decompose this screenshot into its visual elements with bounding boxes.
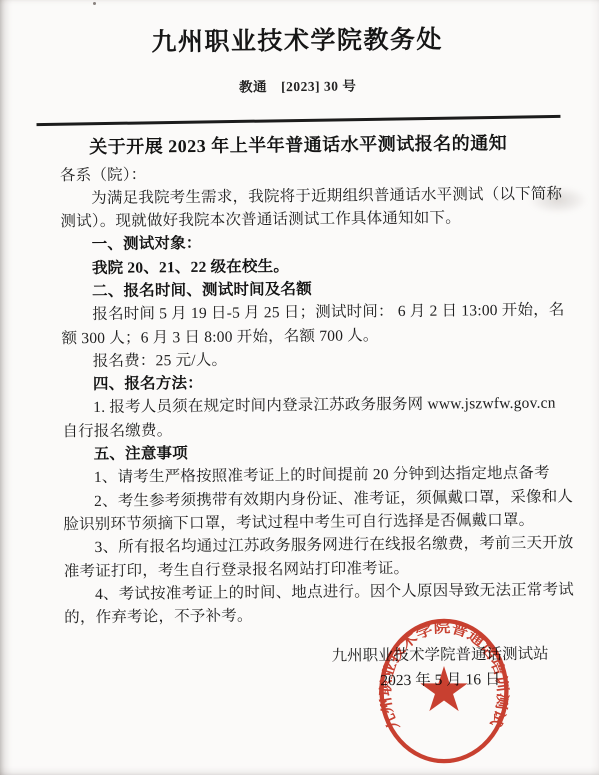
seal-star-icon — [420, 666, 467, 711]
letterhead-title: 九州职业技术学院教务处 — [0, 18, 597, 60]
seal-ring-text: 九州职业技术学院普通话培训测试站 — [372, 612, 511, 733]
letterhead-divider — [36, 115, 560, 126]
paragraph-registration-method: 1. 报考人员须在规定时间内登录江苏政务服务网 www.jszwfw.gov.c… — [62, 392, 574, 444]
svg-text:九州职业技术学院普通话培训测试站: 九州职业技术学院普通话培训测试站 — [372, 612, 511, 733]
scanned-document-page: 九州职业技术学院教务处 教通 [2023] 30 号 关于开展 2023 年上半… — [0, 0, 599, 775]
document-content: 九州职业技术学院教务处 教通 [2023] 30 号 关于开展 2023 年上半… — [0, 0, 599, 697]
notice-subject-title: 关于开展 2023 年上半年普通话水平测试报名的通知 — [0, 128, 598, 160]
paragraph-intro: 为满足我院考生需求，我院将于近期组织普通话水平测试（以下简称测试）。现就做好我院… — [60, 182, 572, 234]
paragraph-schedule: 报名时间 5 月 19 日-5 月 25 日；测试时间： 6 月 2 日 13:… — [61, 299, 573, 351]
notice-body: 各系（院）： 为满足我院考生需求，我院将于近期组织普通话水平测试（以下简称测试）… — [0, 159, 599, 631]
note-item-2: 2、考生参考须携带有效期内身份证、准考证，须佩戴口罩，采像和人脸识别环节须摘下口… — [63, 485, 575, 537]
note-item-3: 3、所有报名均通过江苏政务服务网进行在线报名缴费，考前三天开放准考证打印，考生自… — [63, 532, 575, 584]
document-number: 教通 [2023] 30 号 — [0, 72, 597, 98]
official-seal: 九州职业技术学院普通话培训测试站 — [372, 612, 516, 771]
